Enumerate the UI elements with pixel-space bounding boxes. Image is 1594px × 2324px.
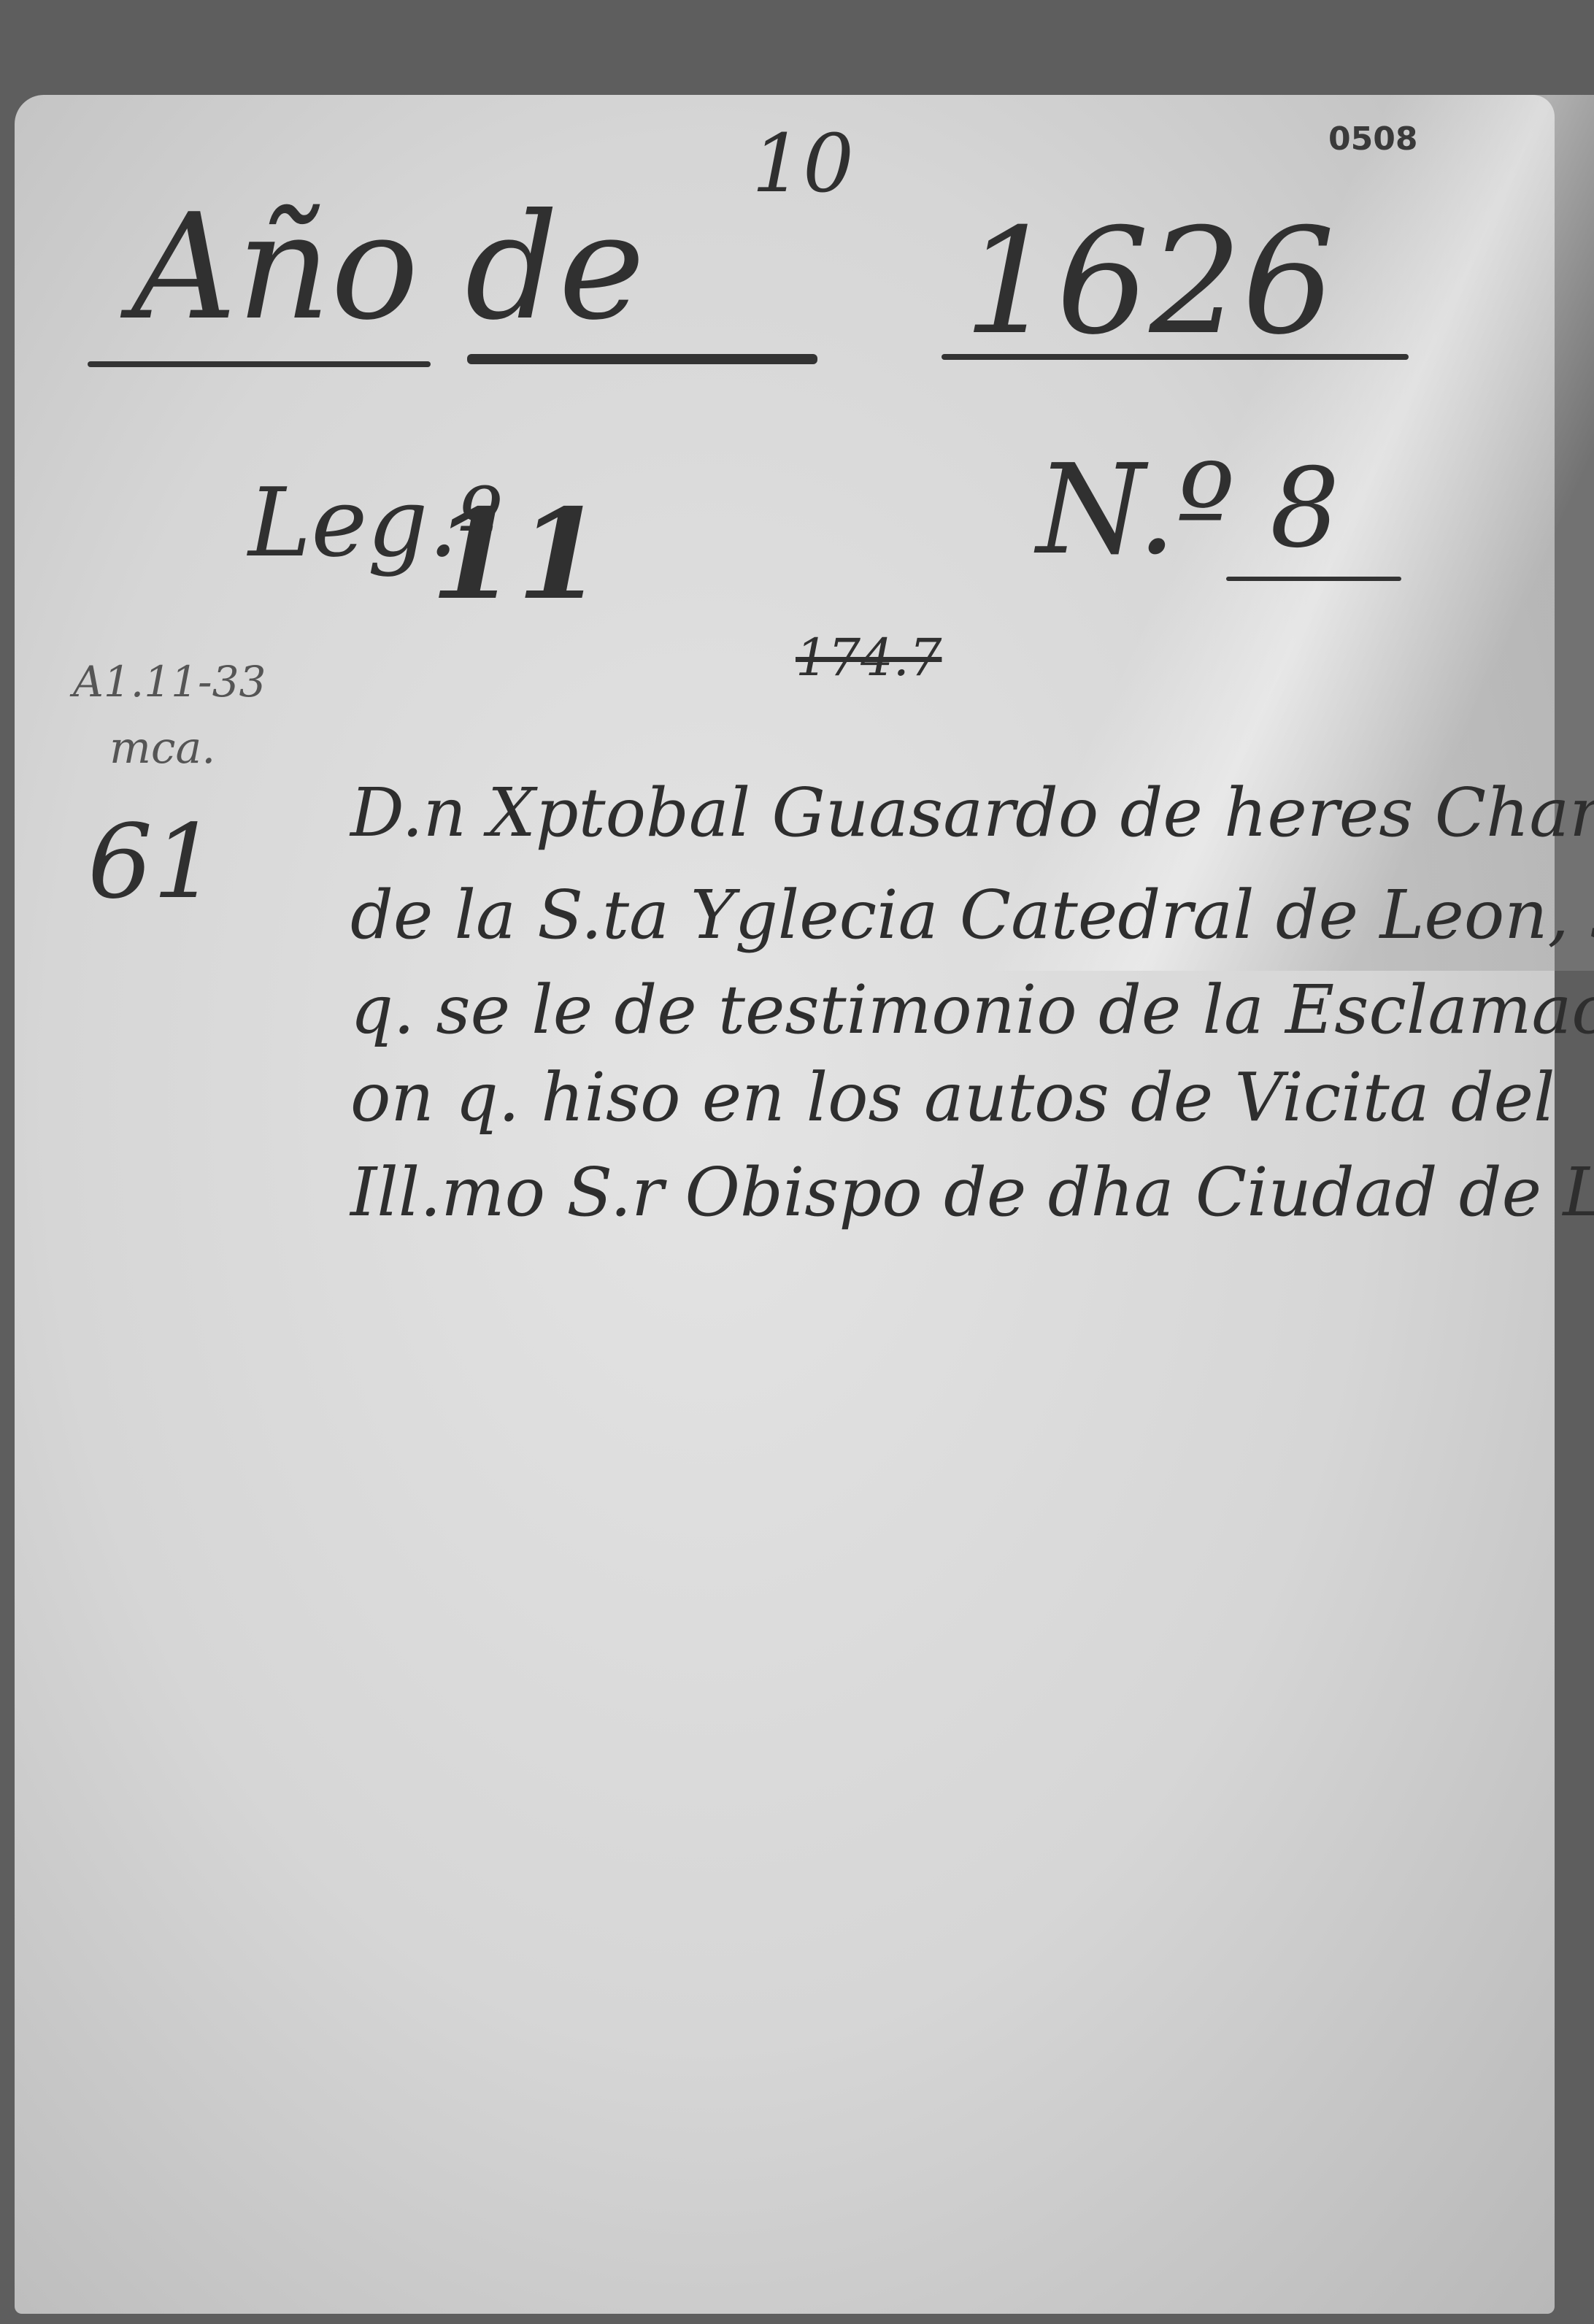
struck-number: 174.7 <box>796 628 942 688</box>
underline <box>1226 577 1401 581</box>
numero-value: 8 <box>1270 445 1339 572</box>
body-line: D.n Xptobal Guasardo de heres Chantre <box>350 774 1594 852</box>
underline <box>942 354 1409 360</box>
margin-reference-number: 61 <box>88 803 217 922</box>
body-line: q. se le de testimonio de la Esclamaci- <box>350 971 1594 1049</box>
year-label: Año de <box>131 182 645 353</box>
body-line: on q. hiso en los autos de Vicita del <box>350 1058 1555 1136</box>
numero-label: N.º <box>1036 438 1235 582</box>
margin-reference-note: mca. <box>109 723 215 774</box>
legajo-value: 11 <box>431 482 604 628</box>
folio-mark: 10 <box>752 117 854 210</box>
underline <box>467 354 817 364</box>
year-value: 1626 <box>963 197 1335 367</box>
underline <box>88 361 431 367</box>
archive-stamp-number: 0508 <box>1328 120 1417 158</box>
margin-reference-code: A1.11-33 <box>73 657 266 707</box>
body-line: Ill.mo S.r Obispo de dha Ciudad de Leon <box>350 1153 1594 1231</box>
body-line: de la S.ta Yglecia Catedral de Leon, sob… <box>350 876 1594 954</box>
